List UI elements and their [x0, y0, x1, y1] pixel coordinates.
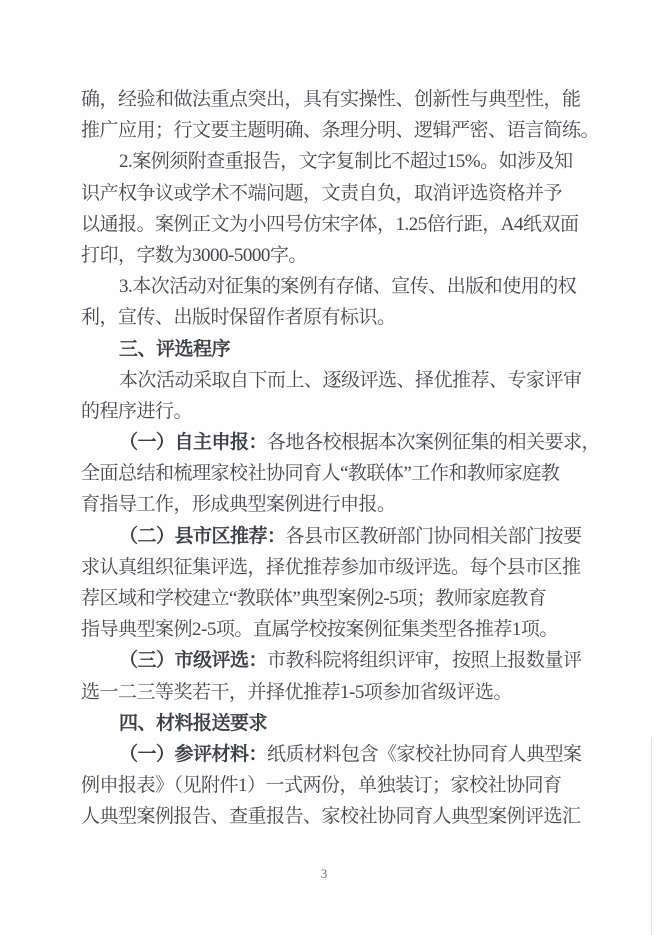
text-line: 推广应用；行文要主题明确、条理分明、逻辑严密、语言简练。 — [81, 115, 584, 146]
heading-segment: （三）市级评选： — [119, 650, 267, 671]
text-line: 以通报。案例正文为小四号仿宋字体，1.25倍行距，A4纸双面 — [81, 209, 584, 240]
text-segment: 纸质材料包含《家校社协同育人典型案 — [267, 744, 582, 765]
text-segment: 的程序进行。 — [81, 401, 192, 422]
text-segment: 市教科院将组织评审，按照上报数量评 — [267, 650, 582, 671]
text-segment: 例申报表》（见附件1）一式两份，单独装订；家校社协同育 — [81, 775, 562, 796]
text-line: 例申报表》（见附件1）一式两份，单独装订；家校社协同育 — [81, 770, 584, 801]
text-line: 3.本次活动对征集的案例有存储、宣传、出版和使用的权 — [81, 271, 584, 302]
text-line: （三）市级评选：市教科院将组织评审，按照上报数量评 — [81, 645, 584, 676]
text-segment: 2.案例须附查重报告，文字复制比不超过15%。如涉及知 — [119, 151, 573, 172]
text-line: 2.案例须附查重报告，文字复制比不超过15%。如涉及知 — [81, 146, 584, 177]
heading-segment: （二）县市区推荐： — [119, 526, 286, 547]
document-page: 确，经验和做法重点突出，具有实操性、创新性与典型性，能推广应用；行文要主题明确、… — [0, 0, 661, 935]
scan-edge-artifact — [651, 738, 652, 935]
text-segment: 各地各校根据本次案例征集的相关要求， — [267, 432, 600, 453]
text-line: 全面总结和梳理家校社协同育人“教联体”工作和教师家庭教 — [81, 458, 584, 489]
heading-segment: （一）参评材料： — [119, 744, 267, 765]
text-line: 本次活动采取自下而上、逐级评选、择优推荐、专家评审 — [81, 365, 584, 396]
text-segment: 荐区域和学校建立“教联体”典型案例2-5项；教师家庭教育 — [81, 588, 546, 609]
text-line: 确，经验和做法重点突出，具有实操性、创新性与典型性，能 — [81, 84, 584, 115]
text-segment: 求认真组织征集评选，择优推荐参加市级评选。每个县市区推 — [81, 557, 581, 578]
text-segment: 确，经验和做法重点突出，具有实操性、创新性与典型性，能 — [81, 89, 581, 110]
text-line: 求认真组织征集评选，择优推荐参加市级评选。每个县市区推 — [81, 552, 584, 583]
text-segment: 推广应用；行文要主题明确、条理分明、逻辑严密、语言简练。 — [81, 120, 599, 141]
text-line: （一）参评材料：纸质材料包含《家校社协同育人典型案 — [81, 739, 584, 770]
text-line: 育指导工作，形成典型案例进行申报。 — [81, 489, 584, 520]
text-segment: 以通报。案例正文为小四号仿宋字体，1.25倍行距，A4纸双面 — [81, 214, 578, 235]
text-segment: 育指导工作，形成典型案例进行申报。 — [81, 494, 396, 515]
text-segment: 全面总结和梳理家校社协同育人“教联体”工作和教师家庭教 — [81, 463, 559, 484]
heading-segment: 四、材料报送要求 — [119, 713, 267, 734]
text-line: 指导典型案例2-5项。直属学校按案例征集类型各推荐1项。 — [81, 614, 584, 645]
heading-segment: 三、评选程序 — [119, 339, 230, 360]
text-line: 的程序进行。 — [81, 396, 584, 427]
document-body: 确，经验和做法重点突出，具有实操性、创新性与典型性，能推广应用；行文要主题明确、… — [81, 84, 584, 833]
text-line: （二）县市区推荐：各县市区教研部门协同相关部门按要 — [81, 521, 584, 552]
heading-segment: （一）自主申报： — [119, 432, 267, 453]
text-segment: 指导典型案例2-5项。直属学校按案例征集类型各推荐1项。 — [81, 619, 558, 640]
text-segment: 打印，字数为3000-5000字。 — [81, 245, 307, 266]
text-line: 利，宣传、出版时保留作者原有标识。 — [81, 302, 584, 333]
text-line: 三、评选程序 — [81, 334, 584, 365]
text-segment: 利，宣传、出版时保留作者原有标识。 — [81, 307, 396, 328]
text-line: （一）自主申报：各地各校根据本次案例征集的相关要求， — [81, 427, 584, 458]
text-segment: 本次活动采取自下而上、逐级评选、择优推荐、专家评审 — [119, 370, 582, 391]
text-segment: 识产权争议或学术不端问题，文责自负，取消评选资格并予 — [81, 183, 562, 204]
text-line: 四、材料报送要求 — [81, 708, 584, 739]
text-line: 打印，字数为3000-5000字。 — [81, 240, 584, 271]
text-segment: 各县市区教研部门协同相关部门按要 — [286, 526, 582, 547]
text-line: 人典型案例报告、查重报告、家校社协同育人典型案例评选汇 — [81, 801, 584, 832]
text-line: 识产权争议或学术不端问题，文责自负，取消评选资格并予 — [81, 178, 584, 209]
page-number: 3 — [0, 866, 648, 882]
text-line: 选一二三等奖若干，并择优推荐1-5项参加省级评选。 — [81, 677, 584, 708]
text-line: 荐区域和学校建立“教联体”典型案例2-5项；教师家庭教育 — [81, 583, 584, 614]
text-segment: 选一二三等奖若干，并择优推荐1-5项参加省级评选。 — [81, 682, 512, 703]
text-segment: 3.本次活动对征集的案例有存储、宣传、出版和使用的权 — [119, 276, 576, 297]
text-segment: 人典型案例报告、查重报告、家校社协同育人典型案例评选汇 — [81, 806, 581, 827]
